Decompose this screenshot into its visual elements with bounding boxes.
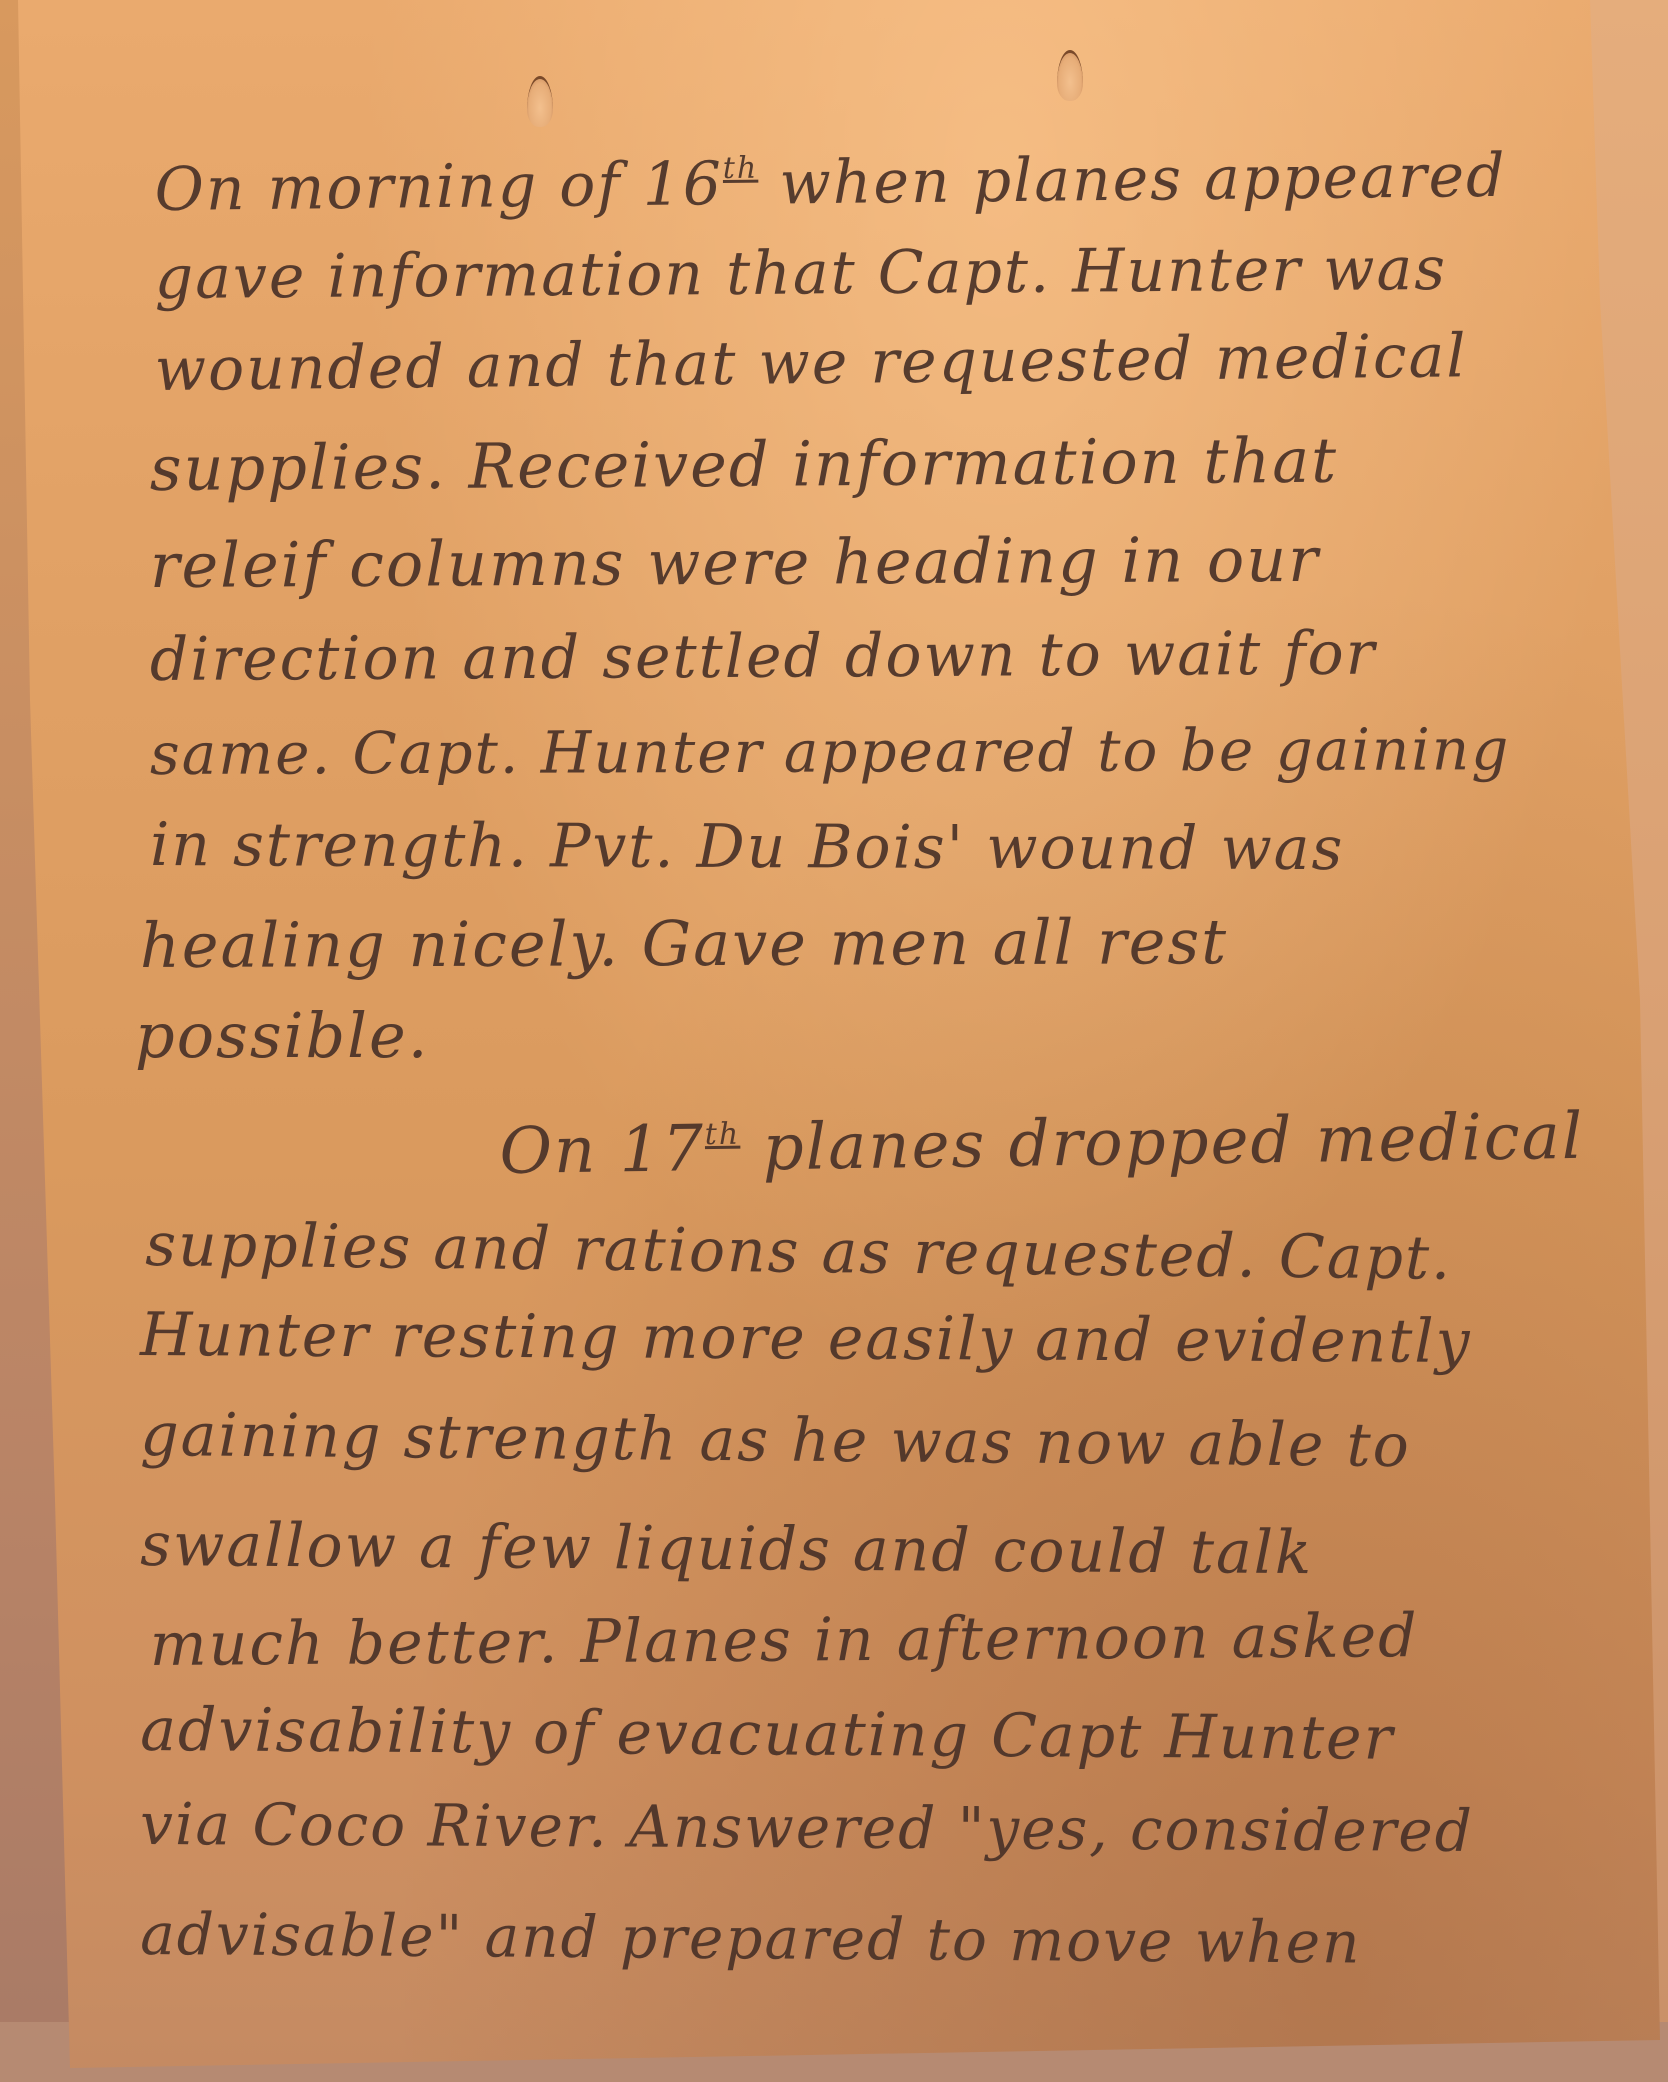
text-line-13: Hunter resting more easily and evidently xyxy=(140,1305,1472,1372)
text-fragment: On morning of 16 xyxy=(154,149,723,225)
text-line-5: releif columns were heading in our xyxy=(150,529,1320,597)
text-fragment: On 17 xyxy=(499,1112,705,1189)
text-line-6: direction and settled down to wait for xyxy=(150,624,1377,690)
text-line-19: advisable" and prepared to move when xyxy=(140,1905,1362,1972)
text-line-9: healing nicely. Gave men all rest xyxy=(140,911,1228,977)
text-line-15: swallow a few liquids and could talk xyxy=(140,1515,1313,1583)
superscript-ordinal: th xyxy=(705,1117,741,1152)
text-line-8: in strength. Pvt. Du Bois' wound was xyxy=(150,815,1344,879)
text-fragment: when planes appeared xyxy=(758,141,1507,219)
text-line-16: much better. Planes in afternoon asked xyxy=(150,1606,1419,1675)
text-line-12: supplies and rations as requested. Capt. xyxy=(145,1215,1452,1289)
text-line-1: On morning of 16th when planes appeared xyxy=(154,146,1506,220)
text-line-4: supplies. Received information that xyxy=(150,430,1339,500)
text-line-3: wounded and that we requested medical xyxy=(154,326,1467,400)
text-fragment: planes dropped medical xyxy=(740,1100,1585,1186)
text-line-14: gaining strength as he was now able to xyxy=(140,1405,1411,1476)
text-line-10: possible. xyxy=(135,1005,429,1067)
text-line-17: advisability of evacuating Capt Hunter xyxy=(140,1700,1394,1769)
text-line-2: gave information that Capt. Hunter was xyxy=(155,239,1448,308)
text-line-18: via Coco River. Answered "yes, considere… xyxy=(140,1795,1474,1860)
superscript-ordinal: th xyxy=(723,151,759,186)
text-line-11: On 17th planes dropped medical xyxy=(499,1105,1585,1184)
text-line-7: same. Capt. Hunter appeared to be gainin… xyxy=(150,720,1511,783)
